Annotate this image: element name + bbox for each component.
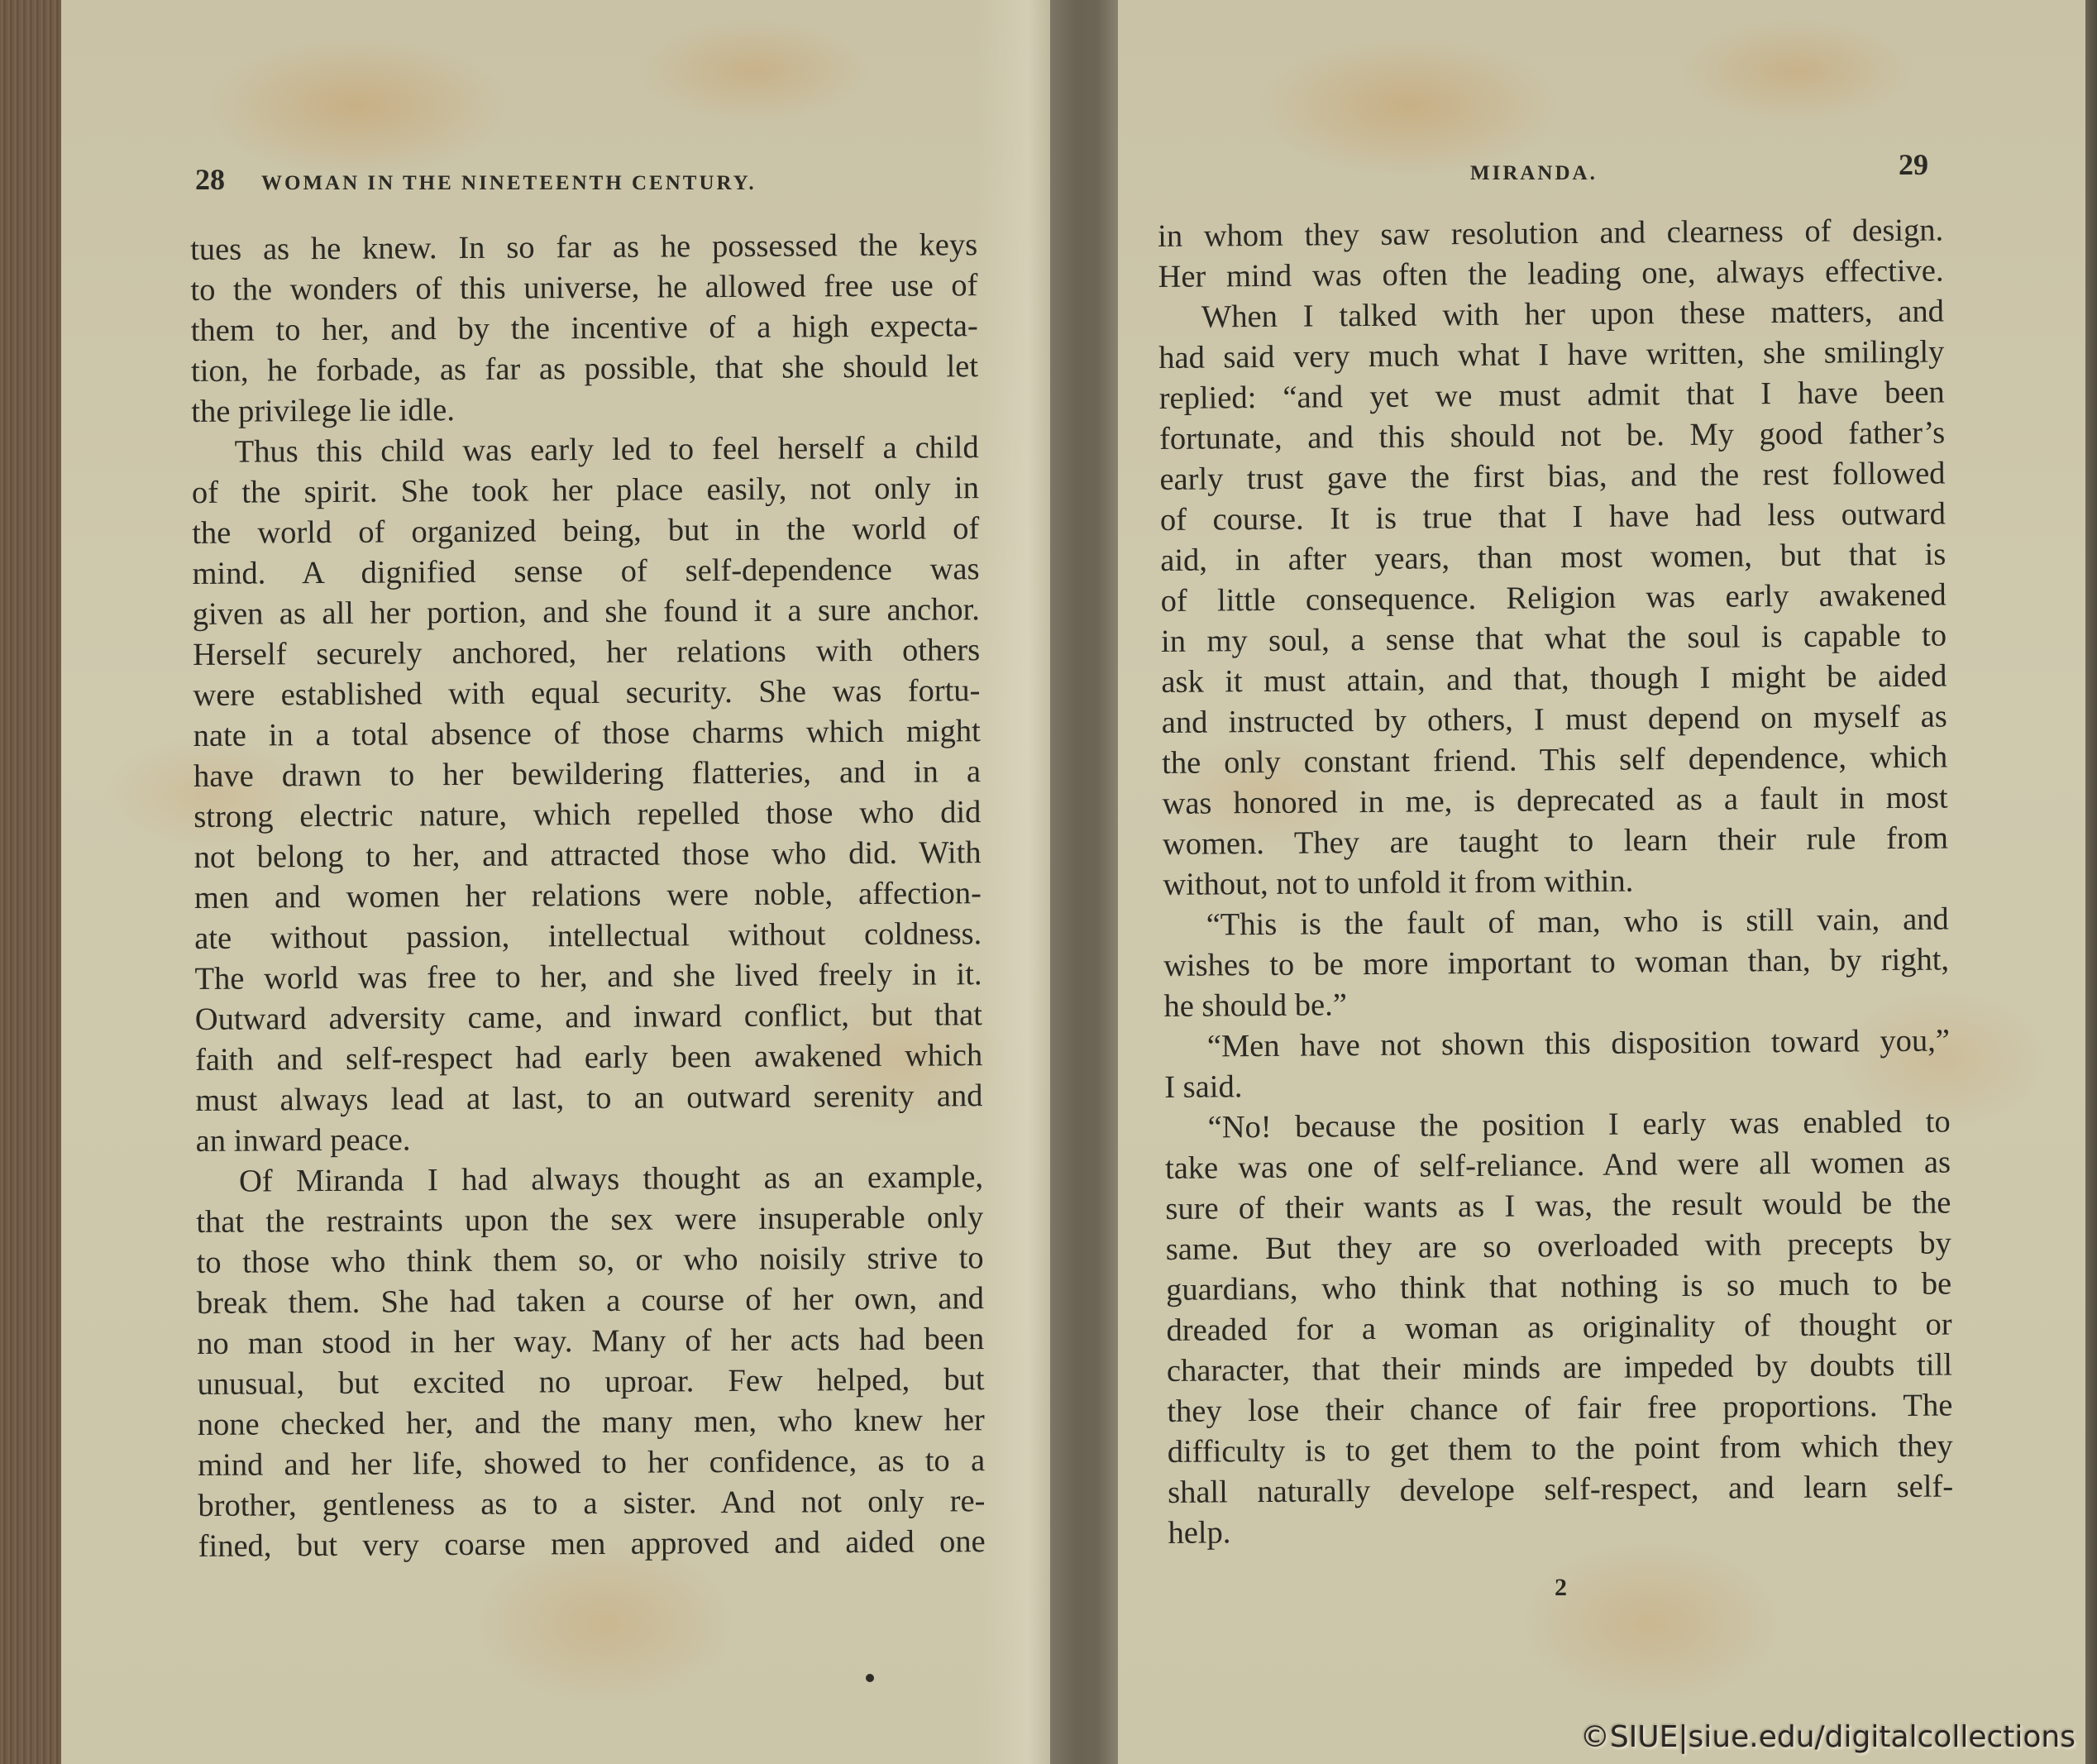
text-line: character, that their minds are impeded … bbox=[1167, 1345, 1952, 1391]
text-line: of little consequence. Religion was earl… bbox=[1160, 576, 1946, 622]
text-line: no man stood in her way. Many of her act… bbox=[197, 1319, 984, 1365]
text-line: guardians, who think that nothing is so … bbox=[1166, 1264, 1951, 1310]
text-line: early trust gave the first bias, and the… bbox=[1159, 454, 1945, 500]
text-line: women. They are taught to learn their ru… bbox=[1163, 819, 1948, 865]
book-gutter bbox=[1050, 0, 1118, 1764]
text-line: Of Miranda I had always thought as an ex… bbox=[196, 1157, 983, 1202]
text-line: and instructed by others, I must depend … bbox=[1162, 697, 1947, 743]
text-line: of course. It is true that I have had le… bbox=[1160, 495, 1946, 541]
text-line: same. But they are so overloaded with pr… bbox=[1166, 1224, 1951, 1270]
text-line: nate in a total absence of those charms … bbox=[193, 711, 981, 757]
text-line: in whom they saw resolution and clearnes… bbox=[1158, 211, 1943, 257]
right-running-head: MIRANDA. bbox=[1470, 162, 1598, 185]
text-line: the only constant friend. This self depe… bbox=[1162, 738, 1947, 784]
text-line: aid, in after years, than most women, bu… bbox=[1160, 535, 1946, 581]
text-line: mind. A dignified sense of self-dependen… bbox=[192, 549, 979, 595]
text-line: none checked her, and the many men, who … bbox=[198, 1400, 985, 1446]
page-edge-right bbox=[2085, 0, 2097, 1764]
text-line: Thus this child was early led to feel he… bbox=[191, 428, 978, 473]
text-line: was honored in me, is deprecated as a fa… bbox=[1162, 778, 1947, 825]
page-number-left: 28 bbox=[195, 163, 225, 196]
text-line: dreaded for a woman as originality of th… bbox=[1166, 1304, 1951, 1350]
text-line: shall naturally develope self-respect, a… bbox=[1168, 1466, 1953, 1513]
text-line: the world of organized being, but in the… bbox=[192, 509, 979, 554]
text-line: to those who think them so, or who noisi… bbox=[196, 1238, 983, 1284]
text-line: men and women her relations were noble, … bbox=[194, 873, 982, 919]
copyright-watermark: ©SIUE|siue.edu/digitalcollections bbox=[1580, 1720, 2076, 1754]
text-line: were established with equal security. Sh… bbox=[193, 671, 980, 716]
text-line: “This is the fault of man, who is still … bbox=[1163, 900, 1949, 946]
text-line: given as all her portion, and she found … bbox=[193, 590, 980, 635]
text-line: must always lead at last, to an outward … bbox=[195, 1076, 982, 1121]
text-line: When I talked with her upon these matter… bbox=[1158, 292, 1944, 338]
text-line: ate without passion, intellectual withou… bbox=[194, 914, 982, 959]
text-line: break them. She had taken a course of he… bbox=[197, 1279, 984, 1324]
text-line: take was one of self-reliance. And were … bbox=[1165, 1143, 1951, 1189]
text-line: “No! because the position I early was en… bbox=[1164, 1102, 1950, 1149]
text-line: strong electric nature, which repelled t… bbox=[193, 792, 981, 838]
text-line: to the wonders of this universe, he allo… bbox=[190, 265, 977, 311]
text-line: difficulty is to get them to the point f… bbox=[1168, 1426, 1953, 1472]
text-line: unusual, but excited no uproar. Few help… bbox=[197, 1360, 984, 1405]
right-page-text: in whom they saw resolution and clearnes… bbox=[1158, 211, 1954, 1554]
text-line: that the restraints upon the sex were in… bbox=[196, 1198, 983, 1243]
text-line: he should be.” bbox=[1163, 981, 1949, 1027]
ink-dot bbox=[866, 1674, 874, 1682]
text-line: Herself securely anchored, her relations… bbox=[193, 630, 980, 676]
text-line: faith and self-respect had early been aw… bbox=[195, 1035, 982, 1081]
signature-mark: 2 bbox=[1555, 1574, 1567, 1602]
text-line: Her mind was often the leading one, alwa… bbox=[1158, 251, 1943, 298]
page-stack-edge-left bbox=[0, 0, 61, 1764]
text-line: replied: “and yet we must admit that I h… bbox=[1159, 373, 1945, 419]
left-page-text: tues as he knew. In so far as he possess… bbox=[190, 225, 986, 1567]
text-line: brother, gentleness as to a sister. And … bbox=[198, 1481, 985, 1527]
text-line: “Men have not shown this disposition tow… bbox=[1164, 1021, 1950, 1068]
text-line: help. bbox=[1168, 1507, 1953, 1553]
text-line: fined, but very coarse men approved and … bbox=[198, 1522, 986, 1567]
left-running-title: WOMAN IN THE NINETEENTH CENTURY. bbox=[261, 172, 757, 194]
text-line: the privilege lie idle. bbox=[191, 387, 978, 433]
text-line: them to her, and by the incentive of a h… bbox=[191, 306, 978, 351]
text-line: ask it must attain, and that, though I m… bbox=[1161, 657, 1947, 703]
text-line: sure of their wants as I was, the result… bbox=[1165, 1183, 1951, 1230]
text-line: wishes to be more important to woman tha… bbox=[1163, 940, 1949, 987]
text-line: fortunate, and this should not be. My go… bbox=[1159, 414, 1945, 460]
text-line: mind and her life, showed to her confide… bbox=[198, 1441, 985, 1486]
text-line: of the spirit. She took her place easily… bbox=[192, 468, 979, 514]
text-line: Outward adversity came, and inward confl… bbox=[195, 995, 982, 1040]
page-number-right: 29 bbox=[1899, 147, 1928, 182]
text-line: The world was free to her, and she lived… bbox=[194, 954, 982, 1000]
text-line: tues as he knew. In so far as he possess… bbox=[190, 225, 977, 270]
text-line: had said very much what I have written, … bbox=[1158, 332, 1944, 379]
left-running-head: 28 WOMAN IN THE NINETEENTH CENTURY. bbox=[195, 162, 923, 197]
text-line: they lose their chance of fair free prop… bbox=[1167, 1385, 1952, 1432]
text-line: I said. bbox=[1164, 1062, 1950, 1108]
text-line: tion, he forbade, as far as possible, th… bbox=[191, 347, 978, 392]
text-line: not belong to her, and attracted those w… bbox=[193, 833, 981, 878]
text-line: in my soul, a sense that what the soul i… bbox=[1161, 616, 1947, 662]
right-running-title: MIRANDA. bbox=[1470, 162, 1598, 184]
text-line: have drawn to her bewildering flatteries… bbox=[193, 752, 981, 797]
gutter-highlight bbox=[976, 0, 1050, 1764]
text-line: without, not to unfold it from within. bbox=[1163, 859, 1948, 906]
text-line: an inward peace. bbox=[196, 1116, 983, 1162]
